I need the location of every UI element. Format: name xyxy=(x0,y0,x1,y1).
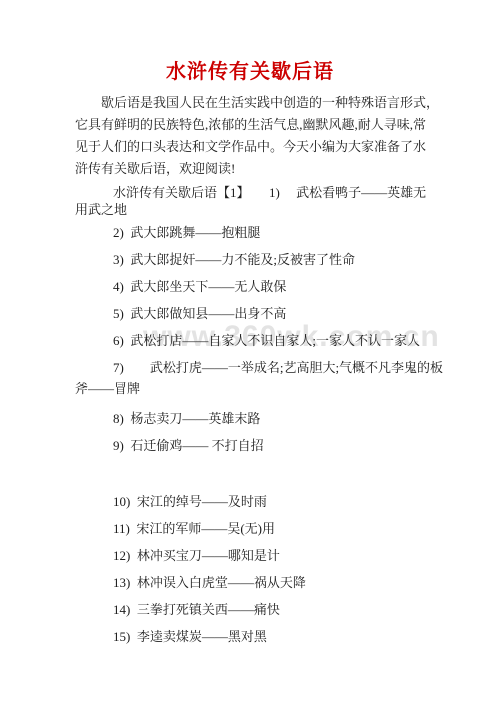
list-item: 15) 李逵卖煤炭——黑对黑 xyxy=(75,628,427,646)
list-item: 10) 宋江的绰号——及时雨 xyxy=(75,493,427,511)
list-item: 7) 武松打虎——一举成名;艺高胆大;气概不凡李鬼的板 xyxy=(75,359,427,377)
list-item: 9) 石迁偷鸡—— 不打自招 xyxy=(75,437,427,455)
list-section-gap xyxy=(75,464,427,487)
document-page: www.360wk.com.cn 水浒传有关歇后语 歇后语是我国人民在生活实践中… xyxy=(0,0,500,708)
list-item: 8) 杨志卖刀——英雄末路 xyxy=(75,410,427,428)
xiehouyu-list-items-10-15: 10) 宋江的绰号——及时雨 11) 宋江的军师——吴(无)用 12) 林冲买宝… xyxy=(75,493,427,646)
intro-line: 浒传有关歇后语，欢迎阅读! xyxy=(75,158,427,180)
section-heading-wrap-line: 用武之地 xyxy=(75,201,427,218)
list-item: 4) 武大郎坐天下——无人敢保 xyxy=(75,278,427,296)
list-item: 6) 武松打店——自家人不识自家人;一家人不认一家人 xyxy=(75,332,427,350)
list-item: 2) 武大郎跳舞——抱粗腿 xyxy=(75,224,427,242)
document-content: 歇后语是我国人民在生活实践中创造的一种特殊语言形式， 它具有鲜明的民族特色,浓郁… xyxy=(75,92,427,655)
intro-line: 见于人们的口头表达和文学作品中。今天小编为大家准备了水 xyxy=(75,136,427,158)
page-title: 水浒传有关歇后语 xyxy=(0,55,500,84)
intro-paragraph: 歇后语是我国人民在生活实践中创造的一种特殊语言形式， 它具有鲜明的民族特色,浓郁… xyxy=(75,92,427,180)
list-item-wrap-line: 斧——冒牌 xyxy=(75,377,427,401)
list-item: 5) 武大郎做知县——出身不高 xyxy=(75,305,427,323)
list-item: 13) 林冲误入白虎堂——祸从天降 xyxy=(75,574,427,592)
list-item: 11) 宋江的军师——吴(无)用 xyxy=(75,520,427,538)
list-item: 3) 武大郎捉奸——力不能及;反被害了性命 xyxy=(75,251,427,269)
list-item: 12) 林冲买宝刀——哪知是计 xyxy=(75,547,427,565)
intro-line: 它具有鲜明的民族特色,浓郁的生活气息,幽默风趣,耐人寻味,常 xyxy=(75,114,427,136)
section-heading-line: 水浒传有关歇后语【1】 1) 武松看鸭子——英雄无 xyxy=(75,184,427,201)
intro-line: 歇后语是我国人民在生活实践中创造的一种特殊语言形式， xyxy=(75,92,427,114)
section-heading-and-item-1: 水浒传有关歇后语【1】 1) 武松看鸭子——英雄无 用武之地 xyxy=(75,184,427,218)
xiehouyu-list-items-2-9: 2) 武大郎跳舞——抱粗腿 3) 武大郎捉奸——力不能及;反被害了性命 4) 武… xyxy=(75,224,427,455)
list-item: 14) 三拳打死镇关西——痛快 xyxy=(75,601,427,619)
